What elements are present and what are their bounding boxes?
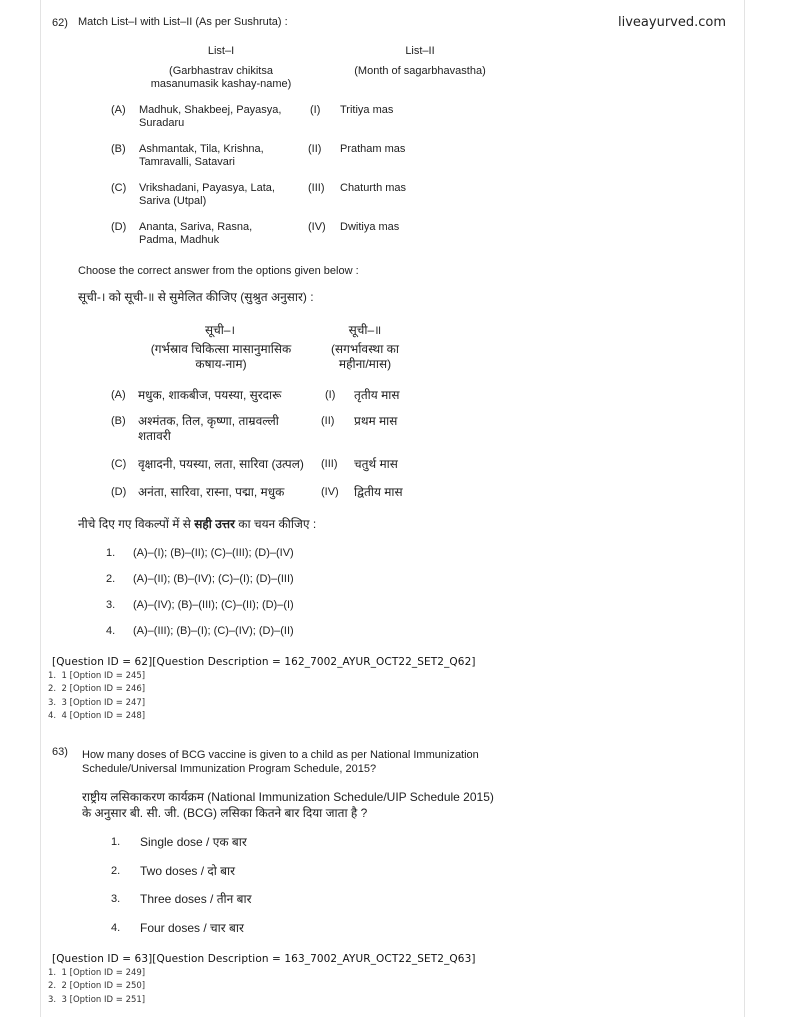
list1-header-en: List–I [160,45,282,58]
option-number: 4. [106,625,115,638]
option-number: 3. [111,893,120,906]
list1-sub-hi-line2: कषाय-नाम) [140,357,302,372]
list1-header-hi: सूची–। [170,323,270,338]
row-item-line1: अनंता, सारिवा, रास्ना, पद्मा, मधुक [138,485,284,500]
row-item-line1: Vrikshadani, Payasya, Lata, [139,182,275,195]
row-item-line1: Ashmantak, Tila, Krishna, [139,143,264,156]
option-number: 1. [106,547,115,560]
option-number: 2. [106,573,115,586]
question-meta: [Question ID = 63][Question Description … [52,953,476,965]
question-text-en-line1: How many doses of BCG vaccine is given t… [82,749,479,762]
right-page-border [744,0,745,1017]
option-number: 1. [111,836,120,849]
row-key: (C) [111,458,126,471]
row-item-line1: वृक्षादनी, पयस्या, लता, सारिवा (उत्पल) [138,457,304,472]
row-value: Tritiya mas [340,104,393,117]
row-roman: (IV) [321,486,339,499]
list2-subheader-hi: (सगर्भावस्था का महीना/मास) [320,342,410,372]
row-value: Dwitiya mas [340,221,399,234]
row-roman: (IV) [308,221,326,234]
row-key: (D) [111,221,126,234]
row-key: (D) [111,486,126,499]
list1-subheader-hi: (गर्भस्राव चिकित्सा मासानुमासिक कषाय-नाम… [140,342,302,372]
row-roman: (I) [325,389,335,402]
question-text-hi-line2: के अनुसार बी. सी. जी. (BCG) लसिका कितने … [82,806,367,821]
row-value: द्वितीय मास [354,485,403,500]
row-key: (B) [111,143,126,156]
row-item-line2: Suradaru [139,117,184,130]
option-text: (A)–(IV); (B)–(III); (C)–(II); (D)–(I) [133,599,294,612]
row-item-line2: Tamravalli, Satavari [139,156,235,169]
list1-sub-hi-line1: (गर्भस्राव चिकित्सा मासानुमासिक [140,342,302,357]
option-id-item: 1. 1 [Option ID = 249] [48,968,145,978]
question-number: 62) [52,17,68,29]
option-text: Three doses / तीन बार [140,892,252,907]
question-text-en-line2: Schedule/Universal Immunization Program … [82,763,376,776]
list2-header-en: List–II [380,45,460,58]
question-text-hi-line1: राष्ट्रीय लसिकाकरण कार्यक्रम (National I… [82,790,494,805]
option-text: Four doses / चार बार [140,921,244,936]
row-value: चतुर्थ मास [354,457,398,472]
option-id-item: 3. 3 [Option ID = 247] [48,698,145,708]
row-value: तृतीय मास [354,388,399,403]
choose-instruction-en: Choose the correct answer from the optio… [78,265,359,278]
question-text-hi: सूची-। को सूची-॥ से सुमेलित कीजिए (सुश्र… [78,290,314,305]
choose-hi-pre: नीचे दिए गए विकल्पों में से [78,517,194,531]
list2-header-hi: सूची–॥ [330,323,400,338]
option-text: Two doses / दो बार [140,864,235,879]
row-roman: (II) [308,143,321,156]
list1-sub-line1: (Garbhastrav chikitsa [140,65,302,78]
row-item-line2: शतावरी [138,429,171,444]
choose-instruction-hi: नीचे दिए गए विकल्पों में से सही उत्तर का… [78,517,316,532]
list1-subheader-en: (Garbhastrav chikitsa masanumasik kashay… [140,65,302,91]
option-id-item: 3. 3 [Option ID = 251] [48,995,145,1005]
option-number: 4. [111,922,120,935]
option-number: 3. [106,599,115,612]
row-item-line2: Sariva (Utpal) [139,195,206,208]
row-key: (A) [111,389,126,402]
option-id-item: 4. 4 [Option ID = 248] [48,711,145,721]
choose-hi-bold: सही उत्तर [194,517,235,531]
choose-hi-post: का चयन कीजिए : [235,517,316,531]
question-text-en: Match List–I with List–II (As per Sushru… [78,16,288,29]
option-text: Single dose / एक बार [140,835,247,850]
row-key: (A) [111,104,126,117]
row-item-line2: Padma, Madhuk [139,234,219,247]
row-value: Pratham mas [340,143,405,156]
row-item-line1: अश्मंतक, तिल, कृष्णा, ताम्रवल्ली [138,414,279,429]
question-number: 63) [52,746,68,758]
option-id-item: 1. 1 [Option ID = 245] [48,671,145,681]
option-text: (A)–(II); (B)–(IV); (C)–(I); (D)–(III) [133,573,294,586]
list2-subheader-en: (Month of sagarbhavastha) [340,65,500,78]
row-roman: (III) [308,182,325,195]
row-key: (B) [111,415,126,428]
row-roman: (I) [310,104,320,117]
option-number: 2. [111,865,120,878]
row-value: प्रथम मास [354,414,397,429]
option-id-item: 2. 2 [Option ID = 250] [48,981,145,991]
row-roman: (II) [321,415,334,428]
option-id-item: 2. 2 [Option ID = 246] [48,684,145,694]
row-item-line1: मधुक, शाकबीज, पयस्या, सुरदारू [138,388,281,403]
option-text: (A)–(III); (B)–(I); (C)–(IV); (D)–(II) [133,625,294,638]
row-item-line1: Ananta, Sariva, Rasna, [139,221,252,234]
row-value: Chaturth mas [340,182,406,195]
row-item-line1: Madhuk, Shakbeej, Payasya, [139,104,281,117]
list2-sub-hi-line2: महीना/मास) [320,357,410,372]
question-meta: [Question ID = 62][Question Description … [52,656,476,668]
row-key: (C) [111,182,126,195]
watermark: liveayurved.com [618,15,726,30]
list1-sub-line2: masanumasik kashay-name) [140,78,302,91]
option-text: (A)–(I); (B)–(II); (C)–(III); (D)–(IV) [133,547,294,560]
left-page-border [40,0,41,1017]
list2-sub-hi-line1: (सगर्भावस्था का [320,342,410,357]
row-roman: (III) [321,458,338,471]
